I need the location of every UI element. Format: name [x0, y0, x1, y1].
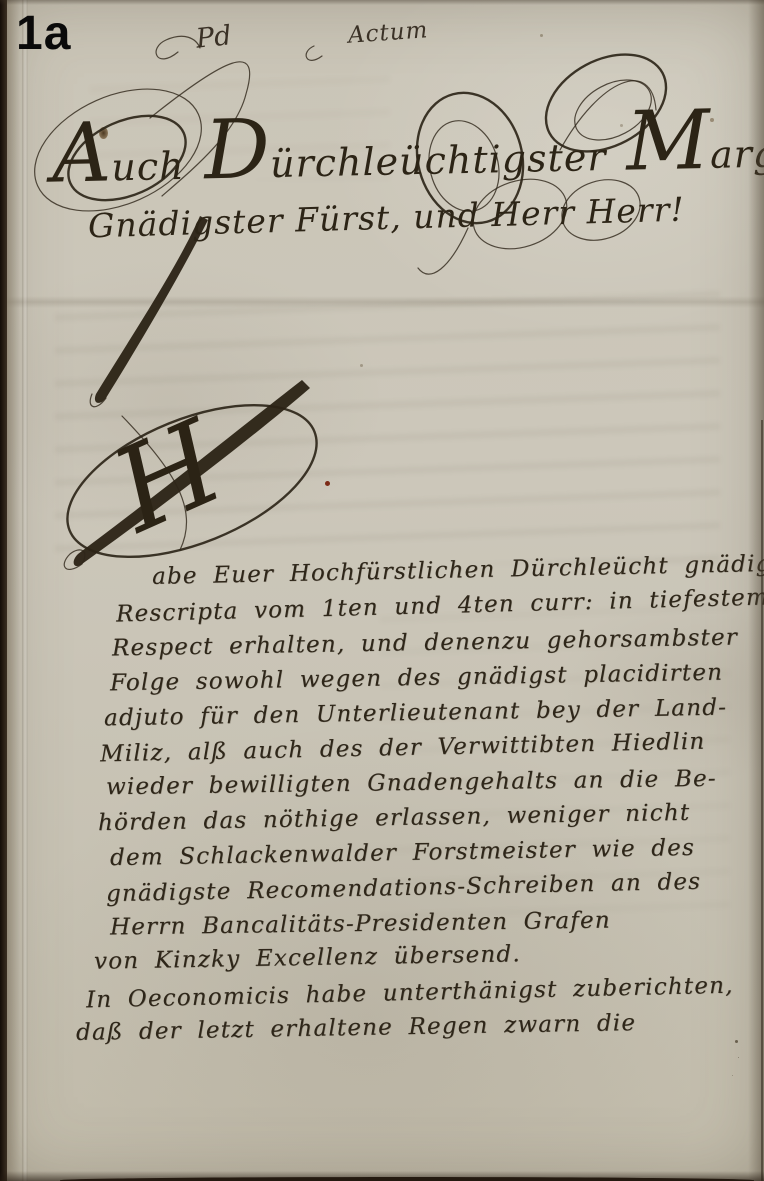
body-line: dem Schlackenwalder Forstmeister wie des — [110, 834, 695, 873]
binding-edge-highlight — [7, 0, 20, 1181]
body-line: adjuto für den Unterlieutenant bey der L… — [104, 694, 728, 734]
salutation-line1: Auch Dürchleüchtigster Marggraff — [51, 89, 764, 201]
salutation-word-auch: Auch — [51, 104, 185, 202]
salutation-word-marggraff: Marggraff — [625, 89, 764, 189]
body-initial-letter: H — [99, 405, 237, 551]
body-line: hörden das nöthige erlassen, weniger nic… — [98, 799, 691, 838]
body-line: gnädigste Recomendations-Schreiben an de… — [106, 868, 702, 909]
annotation-praesentatum: Pd — [194, 20, 232, 55]
archive-label: 1a — [16, 8, 71, 61]
paper-speck — [540, 34, 543, 37]
body-line: wieder bewilligten Gnadengehalts an die … — [106, 765, 717, 802]
red-ink-speck — [325, 481, 330, 486]
page-top-edge — [0, 0, 764, 5]
body-line: Respect erhalten, und denenzu gehorsambs… — [112, 624, 738, 664]
vertical-fold-crease — [22, 0, 28, 1181]
salutation-word-durchleuchtigster: Dürchleüchtigster — [203, 95, 607, 198]
body-line: von Kinzky Excellenz übersend. — [94, 940, 521, 976]
annotation-actum: Actum — [347, 17, 429, 49]
body-line: Herrn Bancalitäts-Presidenten Grafen — [110, 907, 611, 943]
body-line: Miliz, alß auch des der Verwittibten Hie… — [100, 728, 706, 769]
binding-edge — [0, 0, 7, 1181]
manuscript-page-scan: 1a Pd Actum Auch Dürchleüchtigster Margg… — [0, 0, 764, 1181]
body-line: daß der letzt erhaltene Regen zwarn die — [76, 1009, 637, 1048]
body-line: In Oeconomicis habe unterthänigst zuberi… — [86, 972, 734, 1015]
page-bottom-edge-line — [60, 1177, 754, 1181]
body-line: Folge sowohl wegen des gnädigst placidir… — [110, 659, 724, 698]
horizontal-fold-crease — [0, 296, 764, 308]
paper-speck — [735, 1040, 738, 1043]
page-right-edge-line — [761, 420, 763, 1181]
